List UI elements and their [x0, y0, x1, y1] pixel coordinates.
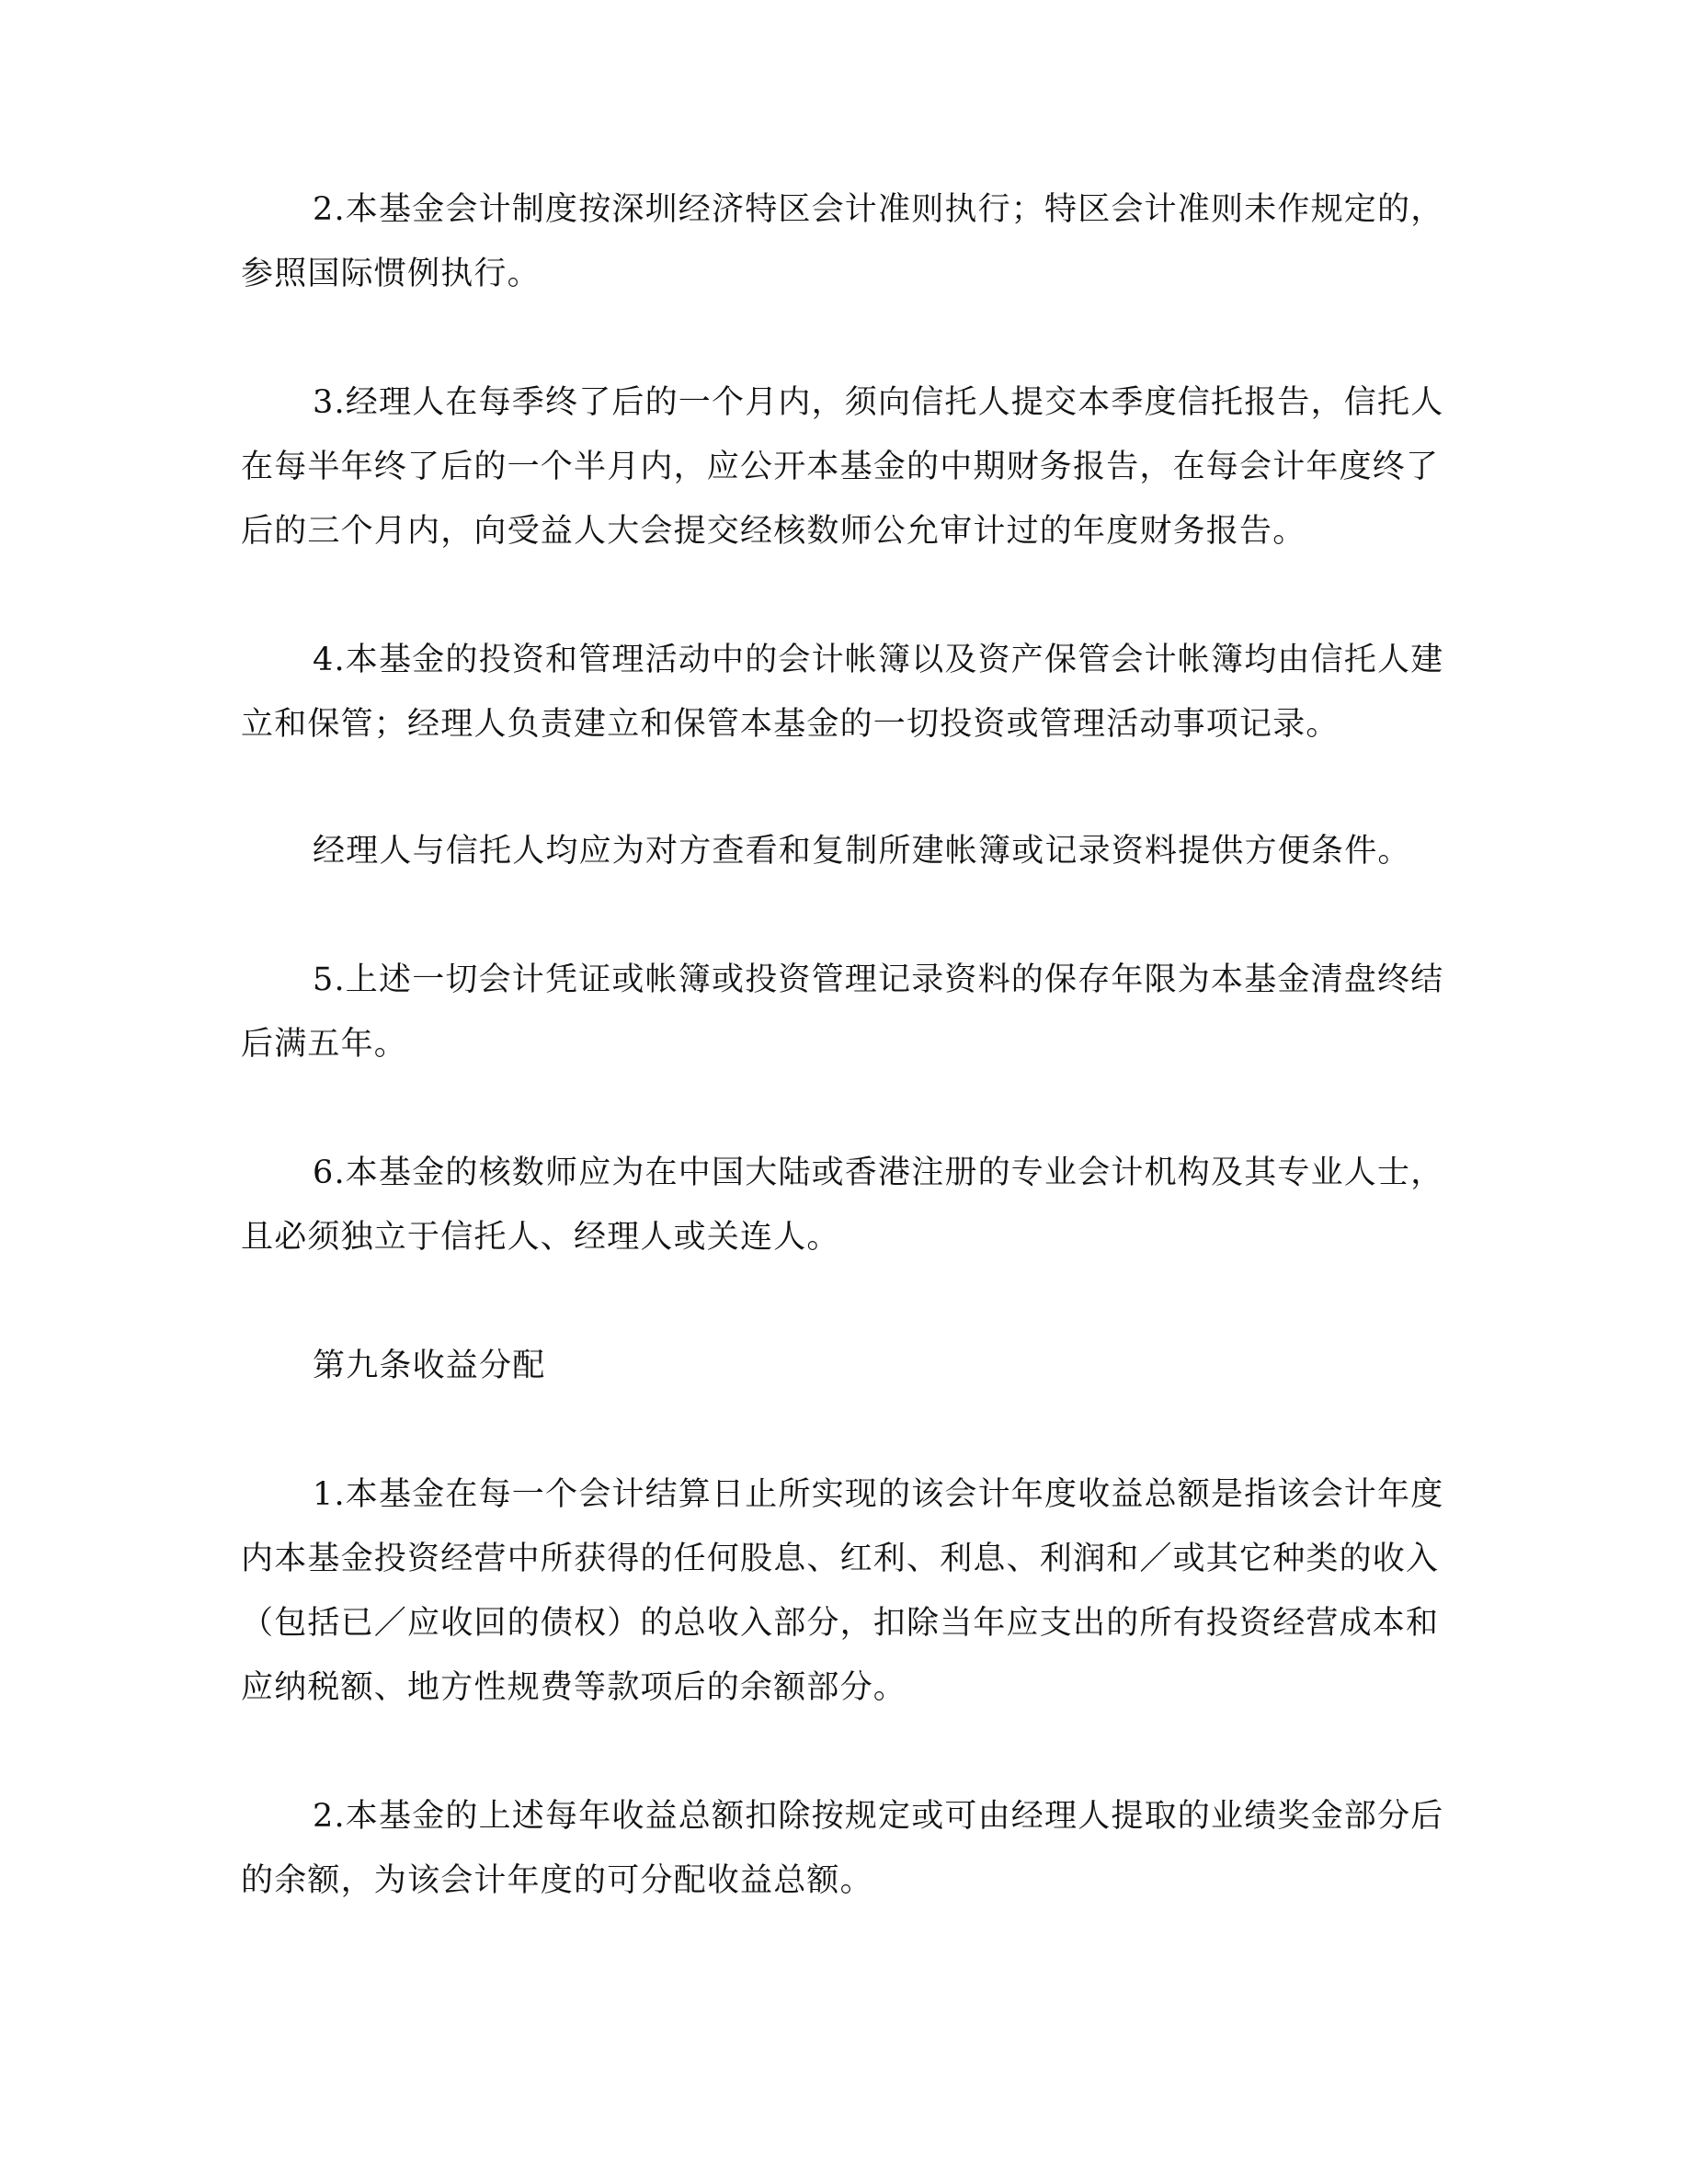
text-line: 经理人与信托人均应为对方查看和复制所建帐簿或记录资料提供方便条件。	[313, 831, 1411, 871]
text-line: 且必须独立于信托人、经理人或关连人。	[241, 1217, 840, 1257]
text-line: 4.本基金的投资和管理活动中的会计帐簿以及资产保管会计帐簿均由信托人建	[313, 640, 1443, 680]
text-line: 参照国际惯例执行。	[241, 254, 541, 294]
text-line: 2.本基金的上述每年收益总额扣除按规定或可由经理人提取的业绩奖金部分后	[313, 1796, 1443, 1837]
text-line: 6.本基金的核数师应为在中国大陆或香港注册的专业会计机构及其专业人士，	[313, 1153, 1443, 1193]
text-line: 后的三个月内，向受益人大会提交经核数师公允审计过的年度财务报告。	[241, 511, 1306, 552]
text-line: 3.经理人在每季终了后的一个月内，须向信托人提交本季度信托报告，信托人	[313, 382, 1443, 423]
text-line: 内本基金投资经营中所获得的任何股息、红利、利息、利润和／或其它种类的收入	[241, 1539, 1439, 1579]
section-heading: 第九条收益分配	[313, 1346, 545, 1386]
text-line: 的余额，为该会计年度的可分配收益总额。	[241, 1860, 873, 1901]
text-line: 在每半年终了后的一个半月内，应公开本基金的中期财务报告，在每会计年度终了	[241, 447, 1439, 487]
text-line: 后满五年。	[241, 1024, 407, 1064]
text-line: 2.本基金会计制度按深圳经济特区会计准则执行；特区会计准则未作规定的，	[313, 189, 1443, 230]
text-line: 立和保管；经理人负责建立和保管本基金的一切投资或管理活动事项记录。	[241, 704, 1340, 745]
text-line: 1.本基金在每一个会计结算日止所实现的该会计年度收益总额是指该会计年度	[313, 1474, 1443, 1515]
text-line: 应纳税额、地方性规费等款项后的余额部分。	[241, 1667, 907, 1708]
text-line: 5.上述一切会计凭证或帐簿或投资管理记录资料的保存年限为本基金清盘终结	[313, 960, 1443, 1000]
text-line: （包括已／应收回的债权）的总收入部分，扣除当年应支出的所有投资经营成本和	[241, 1603, 1439, 1644]
